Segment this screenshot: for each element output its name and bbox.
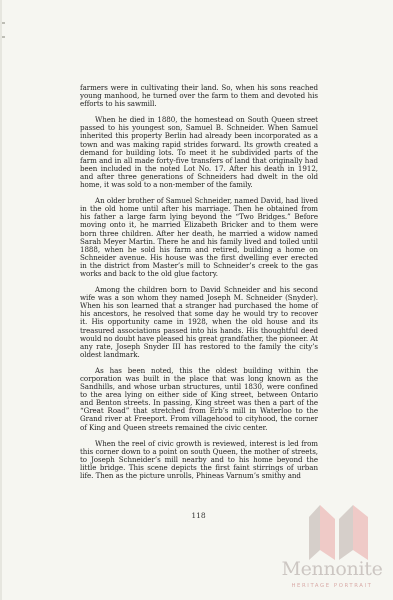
body-text: farmers were in cultivating their land. …: [80, 84, 318, 488]
paragraph: As has been noted, this the oldest build…: [80, 367, 318, 432]
paragraph: Among the children born to David Schneid…: [80, 286, 318, 359]
watermark-title: Mennonite: [267, 558, 393, 580]
paragraph: An older brother of Samuel Schneider, na…: [80, 197, 318, 278]
watermark-logo: Mennonite HERITAGE PORTRAIT: [297, 505, 393, 600]
paragraph: When the reel of civic growth is reviewe…: [80, 440, 318, 480]
paragraph: farmers were in cultivating their land. …: [80, 84, 318, 108]
paragraph: When he died in 1880, the homestead on S…: [80, 116, 318, 189]
edge-mark: [2, 36, 5, 38]
mennonite-logo-icon: [305, 505, 375, 560]
edge-mark: [2, 22, 5, 24]
scanned-page: farmers were in cultivating their land. …: [0, 0, 393, 600]
watermark-subtitle: HERITAGE PORTRAIT: [267, 583, 393, 589]
